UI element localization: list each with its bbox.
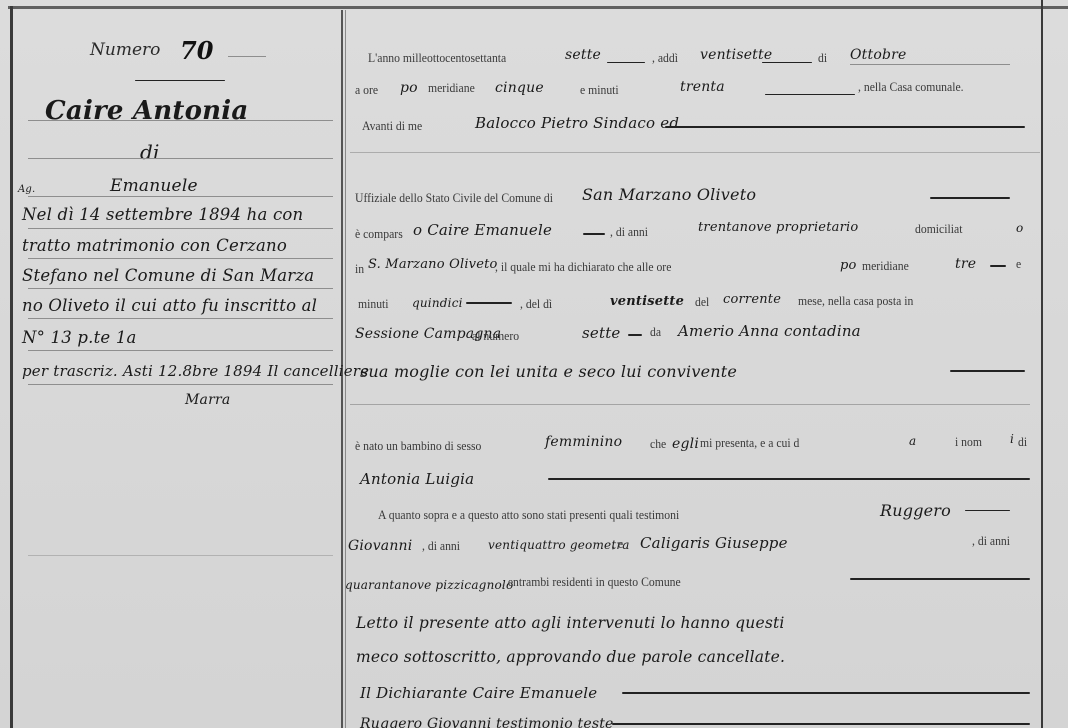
annotation-line: no Oliveto il cui atto fu inscritto al [22, 296, 317, 315]
register-page: Numero 70 Caire Antonia di Emanuele Ag. … [0, 0, 1068, 728]
annotation-prefix: Ag. [18, 184, 35, 195]
numero-value: 70 [180, 36, 213, 65]
father-name: Emanuele [110, 176, 198, 196]
flourish [135, 80, 225, 81]
annotation-line: N° 13 p.te 1a [22, 328, 137, 347]
numero-label: Numero [90, 40, 160, 60]
child-name: Antonia Luigia [360, 470, 474, 488]
top-border-rule [8, 6, 1068, 9]
di-label: di [140, 140, 160, 164]
annotation-line: per trascriz. Asti 12.8bre 1894 Il cance… [22, 362, 369, 380]
annotation-line: tratto matrimonio con Cerzano [22, 236, 287, 255]
annotation-line: Nel dì 14 settembre 1894 ha con [22, 205, 303, 224]
annotation-line: Stefano nel Comune di San Marza [22, 266, 314, 285]
annotation-signature: Marra [185, 392, 230, 408]
subject-name: Caire Antonia [45, 96, 248, 126]
right-border-rule [1041, 0, 1043, 728]
left-border-rule [10, 6, 13, 728]
